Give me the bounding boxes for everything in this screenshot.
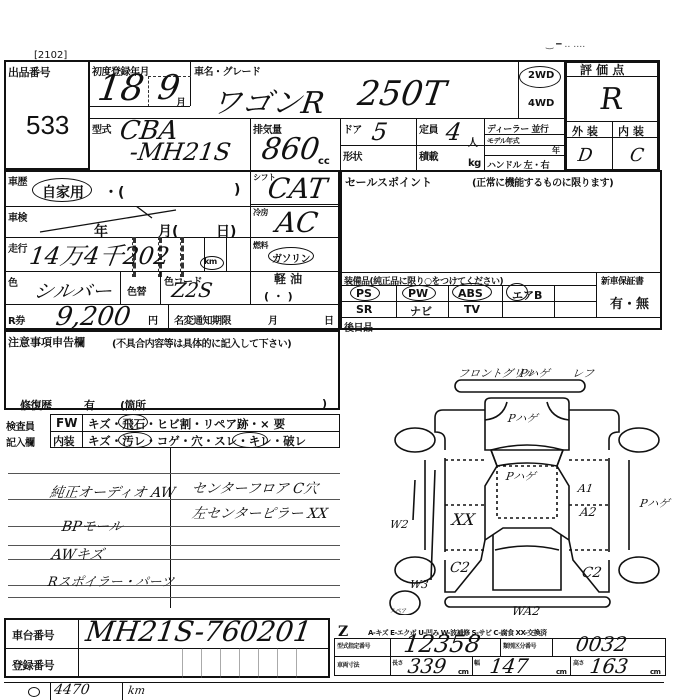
diag-label-front-paint: Pハゲ [519, 365, 551, 381]
divider [484, 134, 564, 135]
equip-pw-circle [402, 285, 436, 301]
fw-chip-circle [118, 414, 148, 430]
width-value: 147 [488, 654, 530, 678]
exterior-label: 外 装 [572, 123, 598, 139]
divider [518, 60, 519, 118]
shift-value: CAT [266, 172, 329, 205]
fuel-gas: ガソリン [272, 250, 310, 265]
divider [502, 285, 503, 317]
lot-number: 533 [26, 110, 69, 141]
diag-label-c2-left: C2 [449, 560, 471, 576]
notes-label: 注意事項申告欄 [8, 334, 85, 350]
diag-label-c2-right: C2 [581, 565, 603, 581]
car-diagram [385, 360, 685, 615]
remark-left-1: 純正オーディオ AW [49, 482, 177, 502]
divider [472, 656, 473, 676]
divider [340, 301, 596, 302]
divider [250, 118, 251, 170]
usage-sep: ・( [104, 182, 124, 202]
length-unit: cm [458, 668, 468, 676]
first-reg-year: 18 [95, 68, 147, 109]
remark-right-1: センターフロア C穴 [191, 478, 320, 498]
remark-right-2: 左センターピラー XX [191, 503, 330, 523]
name-change-day: 日 [324, 312, 334, 327]
divider [484, 118, 485, 170]
color-value: シルバー [32, 275, 114, 304]
exterior-grade: D [577, 145, 594, 166]
usage-label: 車歴 [8, 173, 27, 188]
load-label: 積載 [419, 148, 438, 163]
drive-4wd: 4WD [528, 98, 554, 109]
diag-label-wa2: WA2 [511, 604, 541, 618]
model-line2: -MH21S [128, 138, 233, 166]
name-change-month: 月 [268, 312, 278, 327]
mileage-label: 走行 [8, 240, 27, 255]
width-unit: cm [556, 668, 566, 676]
car-name: ワゴンR [209, 78, 328, 122]
divider [122, 682, 123, 700]
height-value: 163 [588, 654, 630, 678]
fw-label: FW [56, 416, 77, 430]
notes-note: (不具合内容等は具体的に記入して下さい) [112, 335, 291, 350]
divider [416, 118, 417, 170]
interior-label: 内 装 [618, 123, 644, 139]
color-code: Z2S [170, 278, 214, 302]
rule [8, 526, 340, 527]
doors-value: 5 [370, 118, 389, 146]
diag-label-xx: XX [451, 510, 476, 529]
height-label: 高さ [573, 658, 584, 667]
diag-spare-label: スペア [390, 606, 407, 615]
height-unit: cm [650, 668, 660, 676]
warranty-value: 有・無 [610, 293, 649, 312]
rule [8, 473, 340, 474]
score-label: 評 価 点 [580, 61, 624, 78]
color-label: 色 [8, 274, 18, 289]
reg-label: 登録番号 [12, 657, 54, 673]
score-value: R [598, 82, 626, 117]
drive-2wd: 2WD [528, 70, 554, 81]
kg-unit: kg [468, 158, 481, 169]
divider [554, 285, 555, 317]
divider [78, 618, 79, 678]
interior-grade: C [629, 145, 646, 166]
displacement-value: 860 [260, 132, 322, 167]
usage-value: 自家用 [42, 182, 84, 202]
odometer-note: 4470 [53, 682, 91, 698]
divider [250, 237, 340, 238]
diag-label-right-paint: Pハゲ [639, 495, 671, 511]
inspector-label-1: 検査員 [6, 418, 35, 433]
length-value: 339 [406, 654, 448, 678]
divider [226, 237, 227, 271]
grade: 250T [355, 74, 448, 114]
divider [448, 285, 449, 317]
equip-sr: SR [356, 303, 372, 316]
repair-value: 有 [84, 397, 95, 413]
doors-label: ドア [343, 121, 362, 136]
ac-label: 冷房 [253, 207, 268, 218]
mileage-value: 14万4千202 [28, 236, 173, 271]
divider [390, 638, 391, 676]
warranty-label: 新車保証書 [601, 274, 644, 287]
recycle-label: R券 [8, 312, 25, 327]
chassis-value: MH21S-760201 [84, 615, 314, 648]
diag-label-reflector: レフ [571, 365, 595, 381]
divider [250, 204, 340, 205]
divider [340, 317, 662, 318]
header-scan-marks: ‿ ━ ‥ ‥‥ [546, 40, 585, 50]
interior-inspect-label: 内装 [53, 433, 74, 449]
inspection-label: 車検 [8, 209, 27, 224]
diag-label-a2: A2 [579, 505, 597, 519]
diag-label-roof-paint: Pハゲ [505, 468, 537, 484]
model-label: 型式 [92, 121, 111, 136]
divider [396, 285, 397, 317]
model-year-label: モデル年式 [487, 137, 527, 145]
divider [484, 155, 564, 156]
sales-point-label: セールスポイント [345, 174, 432, 190]
car-name-label: 車名・グレード [194, 63, 261, 78]
repair-location: (箇所 [120, 397, 146, 413]
divider [4, 304, 340, 305]
equip-abs-circle [452, 283, 492, 301]
diag-label-hood-paint: Pハゲ [507, 410, 539, 426]
divider [160, 271, 161, 304]
usage-close: ) [234, 182, 240, 198]
equip-ps-circle [350, 285, 380, 301]
repair-close: ) [322, 397, 327, 410]
length-label: 長さ [392, 658, 403, 667]
top-border [4, 60, 660, 62]
divider [612, 121, 613, 169]
divider [340, 118, 341, 170]
later-items-label: 後日品 [344, 319, 373, 334]
int-stain-circle [118, 432, 152, 448]
capacity-value: 4 [444, 118, 463, 146]
type-designation-label: 型式指定番号 [337, 641, 370, 650]
person-unit: 人 [468, 134, 478, 149]
divider [596, 272, 597, 317]
width-label: 幅 [474, 658, 480, 667]
divider [168, 304, 169, 330]
sales-point-note: (正常に機能するものに限ります) [472, 174, 613, 189]
equip-tv: TV [464, 303, 480, 316]
capacity-label: 定員 [419, 121, 438, 136]
class-label: 類別区分番号 [503, 641, 536, 650]
divider [552, 638, 553, 656]
inspection-strike [36, 206, 186, 236]
cc-unit: cc [318, 156, 330, 167]
odometer-icon [28, 687, 40, 697]
diag-label-w3: W3 [409, 578, 429, 591]
diag-label-a1: A1 [577, 482, 594, 495]
ac-value: AC [274, 206, 320, 239]
fuel-label: 燃料 [253, 240, 268, 251]
fuel-other: ( ・ ) [264, 288, 293, 304]
odometer-unit: km [127, 684, 146, 697]
divider [4, 682, 664, 683]
divider [82, 414, 83, 448]
inspector-label-2: 記入欄 [6, 434, 35, 449]
equip-airbag-circle [506, 283, 528, 301]
remark-left-2: BPモール [61, 516, 125, 536]
recycle-unit: 円 [148, 312, 158, 327]
remark-left-4: Rスポイラー・パーツ [47, 571, 176, 590]
lot-label: 出品番号 [8, 64, 50, 80]
class-value: 0032 [574, 632, 628, 656]
divider [340, 272, 662, 273]
int-scuff-circle [232, 432, 268, 448]
remark-left-3: AWキズ [51, 544, 105, 564]
size-label: 車両寸法 [337, 660, 359, 669]
divider [50, 682, 51, 700]
mileage-unit: km [204, 257, 217, 266]
recycle-value: 9,200 [54, 302, 133, 332]
reg-value-cells [164, 648, 314, 678]
divider [570, 656, 571, 676]
diag-label-w2: W2 [389, 518, 409, 531]
divider [90, 106, 190, 107]
color-change-label: 色替 [127, 283, 146, 298]
repair-label: 修復歴 [20, 397, 52, 413]
fuel-diesel: 軽 油 [274, 270, 302, 287]
divider [120, 271, 121, 304]
chassis-label: 車台番号 [12, 627, 54, 643]
rule [8, 597, 340, 598]
shape-label: 形状 [343, 148, 362, 163]
name-change-label: 名変通知期限 [174, 312, 231, 327]
